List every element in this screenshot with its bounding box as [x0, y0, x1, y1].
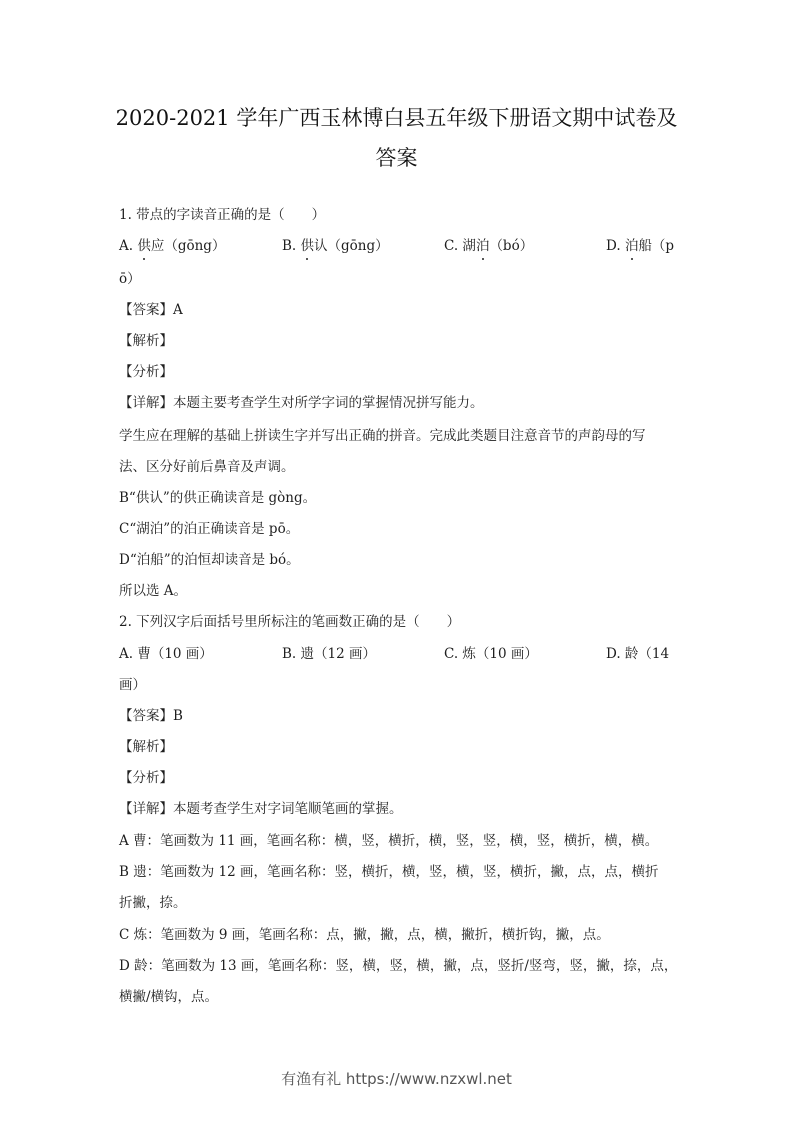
question-1-detail-line: 学生应在理解的基础上拼读生字并写出正确的拼音。完成此类题目注意音节的声韵母的写 — [119, 426, 646, 446]
question-2-fenxi-heading: 【分析】 — [119, 768, 173, 788]
question-1-detail-line: 【详解】本题主要考查学生对所学字词的掌握情况拼写能力。 — [119, 393, 484, 413]
question-1-detail-line: 法、区分好前后鼻音及声调。 — [119, 457, 295, 477]
question-1-detail-line: C“湖泊”的泊正确读音是 pō。 — [119, 519, 299, 539]
option-label: D. — [606, 238, 625, 254]
question-2-jiexi-heading: 【解析】 — [119, 737, 173, 757]
question-1-option-a: A. 供应（gōng） — [119, 236, 225, 256]
question-1-detail-line: 所以选 A。 — [119, 581, 187, 601]
question-1-option-b: B. 供认（gōng） — [282, 236, 389, 256]
question-1-option-wrap: ō） — [119, 269, 141, 289]
dotted-char: 供 — [137, 236, 151, 256]
option-text: （bó） — [489, 238, 533, 254]
question-2-option-b: B. 遗（12 画） — [282, 644, 376, 664]
question-1-answer: 【答案】A — [119, 300, 183, 320]
page-title: 2020-2021 学年广西玉林博白县五年级下册语文期中试卷及 — [0, 103, 793, 133]
question-2-detail-line: A 曹：笔画数为 11 画，笔画名称：横，竖，横折，横，竖，竖，横，竖，横折，横… — [119, 831, 658, 851]
question-2-detail-line: B 遗：笔画数为 12 画，笔画名称：竖，横折，横，竖，横，竖，横折，撇，点，点… — [119, 862, 658, 882]
question-2-detail-line: 【详解】本题考查学生对字词笔顺笔画的掌握。 — [119, 799, 403, 819]
question-1-jiexi-heading: 【解析】 — [119, 331, 173, 351]
dotted-char: 泊 — [476, 236, 490, 256]
option-text: 认（gōng） — [314, 238, 389, 254]
question-2-detail-line: 横撇/横钩，点。 — [119, 987, 218, 1007]
question-2-option-wrap: 画） — [119, 675, 146, 695]
option-text: 船（p — [638, 238, 674, 254]
dotted-char: 泊 — [625, 236, 639, 256]
option-label: B. — [282, 238, 301, 254]
option-label: C. 湖 — [444, 238, 476, 254]
question-1-option-d: D. 泊船（p — [606, 236, 674, 256]
question-2-detail-line: C 炼：笔画数为 9 画，笔画名称：点，撇，撇，点，横，撇折，横折钩，撇，点。 — [119, 925, 610, 945]
option-text: 应（gōng） — [151, 238, 226, 254]
question-2-answer: 【答案】B — [119, 706, 183, 726]
footer-watermark: 有渔有礼 https://www.nzxwl.net — [0, 1068, 793, 1089]
question-1-fenxi-heading: 【分析】 — [119, 362, 173, 382]
question-2-stem: 2. 下列汉字后面括号里所标注的笔画数正确的是（ ） — [119, 612, 460, 632]
question-1-option-c: C. 湖泊（bó） — [444, 236, 533, 256]
question-1-detail-line: D“泊船”的泊恒却读音是 bó。 — [119, 550, 300, 570]
question-2-detail-line: D 龄：笔画数为 13 画，笔画名称：竖，横，竖，横，撇，点，竖折/竖弯，竖，撇… — [119, 956, 677, 976]
question-2-detail-line: 折撇，捺。 — [119, 893, 187, 913]
question-2-option-d: D. 龄（14 — [606, 644, 669, 664]
page-title-continued: 答案 — [0, 143, 793, 173]
question-1-stem: 1. 带点的字读音正确的是（ ） — [119, 205, 325, 225]
question-1-detail-line: B“供认”的供正确读音是 gòng。 — [119, 488, 316, 508]
dotted-char: 供 — [301, 236, 315, 256]
question-2-option-a: A. 曹（10 画） — [119, 644, 213, 664]
option-label: A. — [119, 238, 137, 254]
question-2-option-c: C. 炼（10 画） — [444, 644, 538, 664]
document-page: 2020-2021 学年广西玉林博白县五年级下册语文期中试卷及 答案 1. 带点… — [0, 0, 793, 1122]
